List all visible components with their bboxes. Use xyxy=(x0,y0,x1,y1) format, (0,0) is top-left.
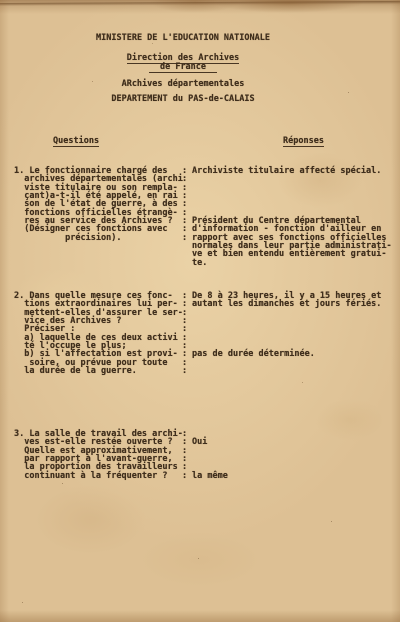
document-subtitle: ARchives départementales xyxy=(0,80,366,89)
question-block-1: 1. Le fonctionnaire chargé des : Archivi… xyxy=(0,167,400,267)
response-text: autant les dimanches et jours fériés. xyxy=(192,300,381,309)
response-text: Oui xyxy=(192,438,207,447)
question-block-3: 3. La salle de travail des archi- : ves … xyxy=(0,430,400,480)
response-text: te. xyxy=(192,259,207,268)
paper-specks xyxy=(0,0,1,1)
responses-column-header-text: Réponses xyxy=(283,137,324,147)
colon-separator: : xyxy=(182,367,187,376)
response-text: la même xyxy=(192,472,228,481)
paper-bottom-edge-shadow xyxy=(0,610,400,622)
ministry-title: MINISTERE DE L'EDUCATION NATIONALE xyxy=(0,34,366,43)
questions-column-header-text: Questions xyxy=(53,137,99,147)
question-block-2: 2. Dans quelle mesure ces fonc- : De 8 à… xyxy=(0,292,400,375)
document-paper: MINISTERE DE L'EDUCATION NATIONALE Direc… xyxy=(0,0,400,622)
scanned-document: { "page": { "paper_color": "#ddc094", "i… xyxy=(0,0,400,622)
questions-column-header: Questions xyxy=(53,137,99,147)
direction-title-line2-text: de France xyxy=(149,63,217,73)
responses-column-header: Réponses xyxy=(283,137,324,147)
department-title: DEPARTEMENT du PAS-de-CALAIS xyxy=(0,95,366,104)
response-text: Archiviste titulaire affecté spécial. xyxy=(192,167,381,176)
document-line: la durée de la guerre. : xyxy=(0,367,400,375)
colon-separator: : xyxy=(182,472,187,481)
document-line: te. xyxy=(0,259,400,267)
response-text: pas de durée déterminée. xyxy=(192,350,315,359)
question-text: continuant à la fréquenter ? xyxy=(14,472,168,481)
direction-title-line2: de France xyxy=(0,63,366,73)
document-line: continuant à la fréquenter ? : la même xyxy=(0,472,400,480)
response-text: ve et bien entendu entièrement gratui- xyxy=(192,250,386,259)
question-text: la durée de la guerre. xyxy=(14,367,137,376)
question-text: précision). xyxy=(14,234,121,243)
colon-separator: : xyxy=(182,234,187,243)
